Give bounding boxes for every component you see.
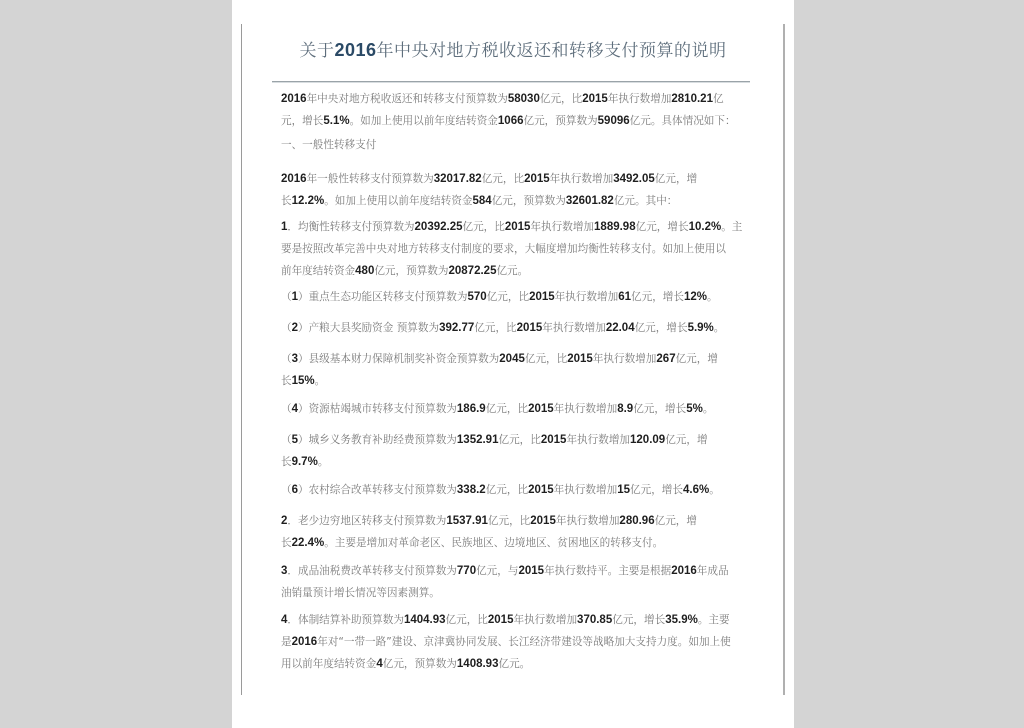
number-value: 480 bbox=[355, 265, 374, 277]
text-segment: 长 bbox=[281, 456, 292, 468]
text-segment: 。 bbox=[714, 322, 725, 334]
text-segment: ．成品油税费改革转移支付预算数为 bbox=[287, 565, 457, 577]
text-segment: 年执行数增加 bbox=[550, 173, 614, 185]
number-value: 12.2% bbox=[292, 195, 325, 207]
number-value: 120.09 bbox=[630, 434, 665, 446]
number-value: 2015 bbox=[541, 434, 567, 446]
number-value: 570 bbox=[468, 291, 487, 303]
number-value: 22.4% bbox=[292, 537, 325, 549]
text-segment: 。主 bbox=[721, 221, 742, 233]
text-line: （4）资源枯竭城市转移支付预算数为186.9亿元，比2015年执行数增加8.9亿… bbox=[281, 398, 751, 420]
text-line: （6）农村综合改革转移支付预算数为338.2亿元，比2015年执行数增加15亿元… bbox=[281, 479, 751, 501]
paragraph-item-3: 3．成品油税费改革转移支付预算数为770亿元，与2015年执行数持平。主要是根据… bbox=[281, 560, 751, 604]
number-value: 2015 bbox=[567, 353, 593, 365]
page-border-right bbox=[783, 24, 785, 695]
text-segment: 亿元，增 bbox=[665, 434, 707, 446]
document-page: 关于2016年中央对地方税收返还和转移支付预算的说明 2016年中央对地方税收返… bbox=[232, 0, 794, 728]
number-value: 2015 bbox=[582, 93, 608, 105]
text-segment: 年执行数增加 bbox=[554, 403, 618, 415]
text-segment: ．均衡性转移支付预算数为 bbox=[287, 221, 414, 233]
text-line: 一、一般性转移支付 bbox=[281, 134, 751, 156]
number-value: 2015 bbox=[517, 322, 543, 334]
text-segment: 是 bbox=[281, 636, 292, 648]
text-segment: 长 bbox=[281, 537, 292, 549]
number-value: 338.2 bbox=[457, 484, 486, 496]
text-segment: 。主要是增加对革命老区、民族地区、边境地区、贫困地区的转移支付。 bbox=[324, 537, 663, 549]
number-value: 2016 bbox=[671, 565, 697, 577]
paragraph-item-1: 1．均衡性转移支付预算数为20392.25亿元，比2015年执行数增加1889.… bbox=[281, 216, 751, 282]
text-line: （3）县级基本财力保障机制奖补资金预算数为2045亿元，比2015年执行数增加2… bbox=[281, 348, 751, 370]
text-segment: 亿元，增 bbox=[676, 353, 718, 365]
number-value: 61 bbox=[618, 291, 631, 303]
text-segment: 。 bbox=[709, 484, 720, 496]
number-value: 15 bbox=[617, 484, 630, 496]
number-value: 4.6% bbox=[683, 484, 709, 496]
text-segment: 年执行数增加 bbox=[530, 221, 594, 233]
number-value: 770 bbox=[457, 565, 476, 577]
page-border-left bbox=[241, 24, 242, 695]
number-value: 58030 bbox=[508, 93, 540, 105]
text-segment: 亿元，预算数为 bbox=[374, 265, 448, 277]
text-segment: 年成品 bbox=[697, 565, 729, 577]
text-segment: 亿元，增 bbox=[655, 515, 697, 527]
text-segment: 年执行数增加 bbox=[513, 614, 577, 626]
text-segment: 要是按照改革完善中央对地方转移支付制度的要求，大幅度增加均衡性转移支付。如加上使… bbox=[281, 243, 726, 255]
text-segment: 亿元，比 bbox=[498, 434, 540, 446]
title-prefix: 关于 bbox=[299, 41, 334, 61]
text-segment: ）县级基本财力保障机制奖补资金预算数为 bbox=[298, 353, 499, 365]
text-segment: （ bbox=[281, 322, 292, 334]
text-segment: 长 bbox=[281, 375, 292, 387]
text-line: 元，增长5.1%。如加上使用以前年度结转资金1066亿元，预算数为59096亿元… bbox=[281, 110, 751, 132]
paragraph-section-1-heading: 一、一般性转移支付 bbox=[281, 134, 751, 156]
text-segment: 亿元，比 bbox=[474, 322, 516, 334]
paragraph-item-1-6: （6）农村综合改革转移支付预算数为338.2亿元，比2015年执行数增加15亿元… bbox=[281, 479, 751, 501]
text-segment: 亿元。其中： bbox=[614, 195, 678, 207]
text-segment: 亿元。 bbox=[498, 658, 530, 670]
number-value: 2016 bbox=[281, 93, 307, 105]
text-line: 要是按照改革完善中央对地方转移支付制度的要求，大幅度增加均衡性转移支付。如加上使… bbox=[281, 238, 751, 260]
number-value: 3492.05 bbox=[613, 173, 655, 185]
number-value: 2015 bbox=[488, 614, 514, 626]
text-segment: （ bbox=[281, 353, 292, 365]
text-segment: 。如加上使用以前年度结转资金 bbox=[324, 195, 472, 207]
number-value: 2016 bbox=[281, 173, 307, 185]
text-segment: 亿元，增长 bbox=[636, 221, 689, 233]
paragraph-item-1-1: （1）重点生态功能区转移支付预算数为570亿元，比2015年执行数增加61亿元，… bbox=[281, 286, 751, 308]
number-value: 35.9% bbox=[665, 614, 698, 626]
text-segment: 一、一般性转移支付 bbox=[281, 139, 376, 151]
number-value: 1404.93 bbox=[404, 614, 446, 626]
number-value: 9.7% bbox=[292, 456, 318, 468]
text-segment: 亿元，比 bbox=[525, 353, 567, 365]
text-segment: 亿元。 bbox=[496, 265, 528, 277]
number-value: 2015 bbox=[528, 403, 554, 415]
text-line: 4．体制结算补助预算数为1404.93亿元，比2015年执行数增加370.85亿… bbox=[281, 609, 751, 631]
number-value: 5% bbox=[686, 403, 703, 415]
number-value: 186.9 bbox=[457, 403, 486, 415]
text-segment: 亿元，预算数为 bbox=[383, 658, 457, 670]
text-segment: 年执行数增加 bbox=[555, 291, 619, 303]
number-value: 1889.98 bbox=[594, 221, 636, 233]
text-segment: 年中央对地方税收返还和转移支付预算数为 bbox=[307, 93, 508, 105]
number-value: 2045 bbox=[499, 353, 525, 365]
number-value: 2015 bbox=[530, 515, 556, 527]
paragraph-item-4: 4．体制结算补助预算数为1404.93亿元，比2015年执行数增加370.85亿… bbox=[281, 609, 751, 675]
text-segment: 年执行数增加 bbox=[608, 93, 672, 105]
paragraph-general-transfer: 2016年一般性转移支付预算数为32017.82亿元，比2015年执行数增加34… bbox=[281, 168, 751, 212]
text-segment: 亿元，增长 bbox=[631, 291, 684, 303]
text-segment: 亿元，比 bbox=[486, 403, 528, 415]
text-segment: 年一般性转移支付预算数为 bbox=[307, 173, 434, 185]
text-segment: 年执行数持平。主要是根据 bbox=[544, 565, 671, 577]
number-value: 2015 bbox=[518, 565, 544, 577]
text-segment: 亿 bbox=[713, 93, 724, 105]
text-segment: 亿元，比 bbox=[463, 221, 505, 233]
paragraph-item-1-5: （5）城乡义务教育补助经费预算数为1352.91亿元，比2015年执行数增加12… bbox=[281, 429, 751, 473]
text-segment: 亿元，比 bbox=[446, 614, 488, 626]
text-segment: 长 bbox=[281, 195, 292, 207]
number-value: 2015 bbox=[505, 221, 531, 233]
text-segment: 亿元，比 bbox=[482, 173, 524, 185]
number-value: 15% bbox=[292, 375, 315, 387]
text-line: 油销量预计增长情况等因素测算。 bbox=[281, 582, 751, 604]
number-value: 392.77 bbox=[439, 322, 474, 334]
paragraph-intro: 2016年中央对地方税收返还和转移支付预算数为58030亿元，比2015年执行数… bbox=[281, 88, 751, 132]
text-segment: 亿元，增 bbox=[655, 173, 697, 185]
text-line: （2）产粮大县奖励资金 预算数为392.77亿元，比2015年执行数增加22.0… bbox=[281, 317, 751, 339]
text-segment: ）产粮大县奖励资金 预算数为 bbox=[298, 322, 439, 334]
text-line: （5）城乡义务教育补助经费预算数为1352.91亿元，比2015年执行数增加12… bbox=[281, 429, 751, 451]
text-segment: 年执行数增加 bbox=[556, 515, 620, 527]
text-segment: 亿元，预算数为 bbox=[524, 115, 598, 127]
text-segment: 。 bbox=[318, 456, 329, 468]
text-segment: 亿元，增长 bbox=[612, 614, 665, 626]
text-segment: 前年度结转资金 bbox=[281, 265, 355, 277]
paragraph-item-2: 2．老少边穷地区转移支付预算数为1537.91亿元，比2015年执行数增加280… bbox=[281, 510, 751, 554]
text-segment: 油销量预计增长情况等因素测算。 bbox=[281, 587, 440, 599]
text-line: 长15%。 bbox=[281, 370, 751, 392]
text-segment: （ bbox=[281, 403, 292, 415]
number-value: 1352.91 bbox=[457, 434, 499, 446]
text-line: 用以前年度结转资金4亿元，预算数为1408.93亿元。 bbox=[281, 653, 751, 675]
number-value: 32601.82 bbox=[566, 195, 614, 207]
number-value: 370.85 bbox=[577, 614, 612, 626]
text-segment: 年执行数增加 bbox=[566, 434, 630, 446]
number-value: 10.2% bbox=[689, 221, 722, 233]
number-value: 22.04 bbox=[606, 322, 635, 334]
text-segment: （ bbox=[281, 291, 292, 303]
text-segment: 亿元，增长 bbox=[635, 322, 688, 334]
text-segment: ）资源枯竭城市转移支付预算数为 bbox=[298, 403, 457, 415]
number-value: 20392.25 bbox=[415, 221, 463, 233]
paragraph-item-1-2: （2）产粮大县奖励资金 预算数为392.77亿元，比2015年执行数增加22.0… bbox=[281, 317, 751, 339]
text-segment: ）农村综合改革转移支付预算数为 bbox=[298, 484, 457, 496]
text-line: 长9.7%。 bbox=[281, 451, 751, 473]
paragraph-item-1-4: （4）资源枯竭城市转移支付预算数为186.9亿元，比2015年执行数增加8.9亿… bbox=[281, 398, 751, 420]
number-value: 584 bbox=[473, 195, 492, 207]
number-value: 1408.93 bbox=[457, 658, 499, 670]
text-line: 长12.2%。如加上使用以前年度结转资金584亿元，预算数为32601.82亿元… bbox=[281, 190, 751, 212]
number-value: 59096 bbox=[598, 115, 630, 127]
text-segment: 亿元，增长 bbox=[630, 484, 683, 496]
title-suffix: 年中央对地方税收返还和转移支付预算的说明 bbox=[377, 41, 727, 61]
text-line: 3．成品油税费改革转移支付预算数为770亿元，与2015年执行数持平。主要是根据… bbox=[281, 560, 751, 582]
number-value: 5.9% bbox=[688, 322, 714, 334]
text-segment: 。 bbox=[707, 291, 718, 303]
title-year: 2016 bbox=[334, 40, 376, 60]
text-segment: 亿元，比 bbox=[540, 93, 582, 105]
text-line: 2016年中央对地方税收返还和转移支付预算数为58030亿元，比2015年执行数… bbox=[281, 88, 751, 110]
text-line: 1．均衡性转移支付预算数为20392.25亿元，比2015年执行数增加1889.… bbox=[281, 216, 751, 238]
text-segment: ．体制结算补助预算数为 bbox=[287, 614, 404, 626]
text-segment: ）城乡义务教育补助经费预算数为 bbox=[298, 434, 457, 446]
document-viewer: 关于2016年中央对地方税收返还和转移支付预算的说明 2016年中央对地方税收返… bbox=[0, 0, 1024, 728]
text-segment: （ bbox=[281, 484, 292, 496]
text-segment: 年执行数增加 bbox=[593, 353, 657, 365]
number-value: 2015 bbox=[524, 173, 550, 185]
text-segment: ）重点生态功能区转移支付预算数为 bbox=[298, 291, 468, 303]
text-segment: 亿元，与 bbox=[476, 565, 518, 577]
number-value: 2810.21 bbox=[671, 93, 713, 105]
text-segment: 。 bbox=[703, 403, 714, 415]
text-segment: 亿元。具体情况如下： bbox=[630, 115, 736, 127]
text-segment: 。主要 bbox=[698, 614, 730, 626]
text-segment: （ bbox=[281, 434, 292, 446]
text-segment: 用以前年度结转资金 bbox=[281, 658, 376, 670]
text-segment: ．老少边穷地区转移支付预算数为 bbox=[287, 515, 446, 527]
number-value: 280.96 bbox=[619, 515, 654, 527]
number-value: 2016 bbox=[292, 636, 318, 648]
text-line: 前年度结转资金480亿元，预算数为20872.25亿元。 bbox=[281, 260, 751, 282]
text-line: 2．老少边穷地区转移支付预算数为1537.91亿元，比2015年执行数增加280… bbox=[281, 510, 751, 532]
document-title: 关于2016年中央对地方税收返还和转移支付预算的说明 bbox=[232, 36, 794, 61]
paragraph-item-1-3: （3）县级基本财力保障机制奖补资金预算数为2045亿元，比2015年执行数增加2… bbox=[281, 348, 751, 392]
number-value: 2015 bbox=[529, 291, 555, 303]
text-segment: 亿元，增长 bbox=[633, 403, 686, 415]
text-line: 是2016年对“一带一路”建设、京津冀协同发展、长江经济带建设等战略加大支持力度… bbox=[281, 631, 751, 653]
number-value: 8.9 bbox=[617, 403, 633, 415]
number-value: 1537.91 bbox=[446, 515, 488, 527]
number-value: 1066 bbox=[498, 115, 524, 127]
text-segment: 年对“一带一路”建设、京津冀协同发展、长江经济带建设等战略加大支持力度。如加上使 bbox=[317, 636, 731, 648]
text-segment: 亿元，比 bbox=[488, 515, 530, 527]
text-line: 长22.4%。主要是增加对革命老区、民族地区、边境地区、贫困地区的转移支付。 bbox=[281, 532, 751, 554]
number-value: 267 bbox=[656, 353, 675, 365]
text-segment: 年执行数增加 bbox=[554, 484, 618, 496]
text-segment: 。如加上使用以前年度结转资金 bbox=[350, 115, 498, 127]
text-line: （1）重点生态功能区转移支付预算数为570亿元，比2015年执行数增加61亿元，… bbox=[281, 286, 751, 308]
number-value: 2015 bbox=[528, 484, 554, 496]
text-segment: 亿元，比 bbox=[486, 484, 528, 496]
number-value: 12% bbox=[684, 291, 707, 303]
number-value: 32017.82 bbox=[434, 173, 482, 185]
text-segment: 年执行数增加 bbox=[542, 322, 606, 334]
text-segment: 元，增长 bbox=[281, 115, 323, 127]
number-value: 5.1% bbox=[323, 115, 349, 127]
title-divider bbox=[272, 81, 750, 82]
text-segment: 亿元，比 bbox=[487, 291, 529, 303]
text-segment: 。 bbox=[315, 375, 326, 387]
number-value: 20872.25 bbox=[449, 265, 497, 277]
text-segment: 亿元，预算数为 bbox=[492, 195, 566, 207]
text-line: 2016年一般性转移支付预算数为32017.82亿元，比2015年执行数增加34… bbox=[281, 168, 751, 190]
